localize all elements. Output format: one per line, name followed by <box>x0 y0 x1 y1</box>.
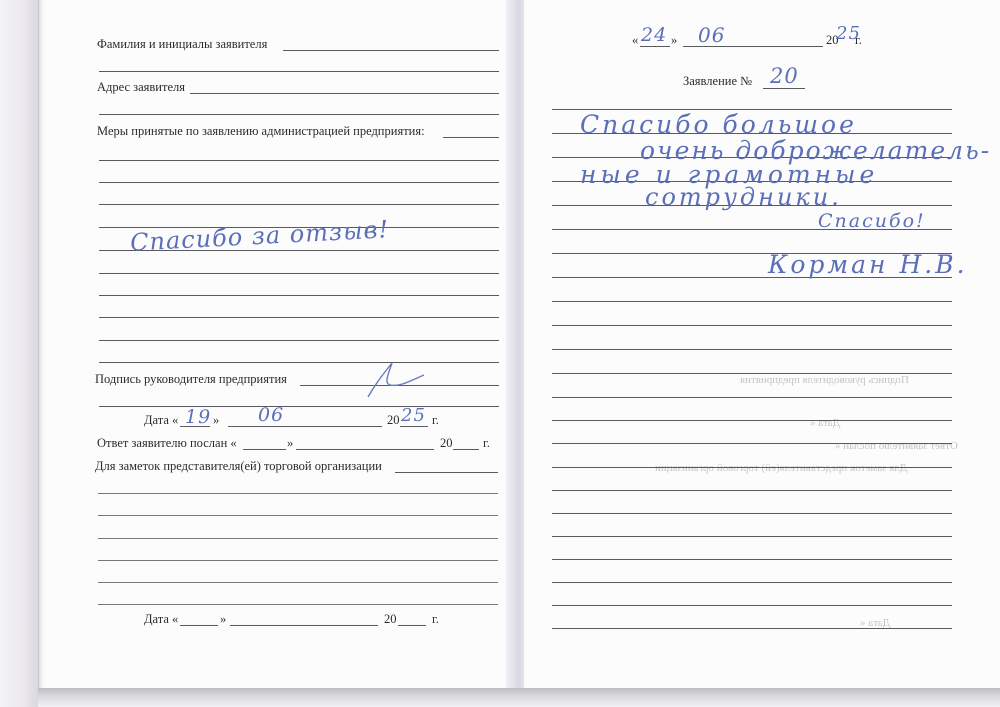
notes-label: Для заметок представителя(ей) торговой о… <box>95 459 382 474</box>
notes-line <box>98 538 498 539</box>
statement-line <box>552 628 952 629</box>
bottom-date-year-prefix: 20 <box>384 612 397 627</box>
statement-date-year-unit: г. <box>855 33 862 48</box>
statement-line <box>552 397 952 398</box>
applicant-name-field <box>283 50 499 51</box>
statement-line <box>552 582 952 583</box>
notes-field-tail <box>395 472 498 473</box>
measures-field-tail <box>443 137 499 138</box>
measures-line <box>99 340 499 341</box>
applicant-name-label: Фамилия и инициалы заявителя <box>97 37 267 52</box>
statement-line <box>552 349 952 350</box>
statement-line <box>552 443 952 444</box>
statement-date-close-quote: » <box>671 33 677 48</box>
reply-year-prefix: 20 <box>440 436 453 451</box>
bottom-date-month-field <box>230 625 378 626</box>
statement-line <box>552 536 952 537</box>
measures-label: Меры принятые по заявлению администрацие… <box>97 124 425 139</box>
manager-signature-label: Подпись руководителя предприятия <box>95 372 287 387</box>
statement-line <box>552 490 952 491</box>
measures-line <box>99 273 499 274</box>
statement-date-open-quote: « <box>632 33 638 48</box>
statement-date-day-handwritten: 24 <box>641 24 667 46</box>
measures-line <box>99 160 499 161</box>
date-year-unit: г. <box>432 413 439 428</box>
date-month-handwritten: 06 <box>258 404 284 426</box>
applicant-address-label: Адрес заявителя <box>97 80 185 95</box>
bottom-date-close-quote: » <box>220 612 226 627</box>
manager-signature-line2 <box>99 406 499 407</box>
measures-line <box>99 317 499 318</box>
bleed-through-text: Для заметок представителя(ей) торговой о… <box>655 462 907 474</box>
bottom-date-day-field <box>180 625 218 626</box>
date-month-field <box>228 426 382 427</box>
bleed-through-text: Ответ заявителю послан « <box>835 440 958 452</box>
statement-date-day-field <box>640 46 670 47</box>
notes-line <box>98 582 498 583</box>
book-bottom-edge <box>38 688 1000 707</box>
statement-line <box>552 467 952 468</box>
notes-line <box>98 515 498 516</box>
reply-sent-label: Ответ заявителю послан « <box>97 436 237 451</box>
measures-line <box>99 295 499 296</box>
measures-line <box>99 204 499 205</box>
date-close-quote: » <box>213 413 219 428</box>
statement-line <box>552 559 952 560</box>
bottom-date-label: Дата « <box>144 612 178 627</box>
statement-date-month-handwritten: 06 <box>698 23 725 47</box>
statement-line <box>552 513 952 514</box>
applicant-name-field-line2 <box>99 71 499 72</box>
statement-line <box>552 373 952 374</box>
statement-line <box>552 325 952 326</box>
statement-handwritten-line: сотрудники. <box>645 183 842 211</box>
date-year-prefix: 20 <box>387 413 400 428</box>
date-year-handwritten: 25 <box>401 405 426 426</box>
statement-line <box>552 301 952 302</box>
statement-number-label: Заявление № <box>683 74 752 89</box>
applicant-address-field <box>190 93 499 94</box>
bleed-through-text: Подпись руководителя предприятия <box>740 374 909 386</box>
statement-handwritten-line: Спасибо! <box>818 210 926 232</box>
bottom-date-year-unit: г. <box>432 612 439 627</box>
statement-number-field <box>763 88 805 89</box>
statement-number-handwritten: 20 <box>770 64 799 88</box>
statement-handwritten-line: Спасибо большое <box>580 110 857 139</box>
reply-year-field <box>453 449 479 450</box>
applicant-signature-handwritten: Корман Н.В. <box>768 250 968 279</box>
reply-year-unit: г. <box>483 436 490 451</box>
left-page <box>38 0 521 690</box>
right-page <box>524 0 1000 690</box>
date-label: Дата « <box>144 413 178 428</box>
statement-line <box>552 605 952 606</box>
date-year-field <box>400 426 428 427</box>
measures-line <box>99 182 499 183</box>
notes-line <box>98 604 498 605</box>
reply-day-field <box>243 449 286 450</box>
measures-line <box>99 362 499 363</box>
reply-month-field <box>296 449 434 450</box>
notes-line <box>98 493 498 494</box>
bleed-through-text: Дата « <box>810 417 840 429</box>
date-day-handwritten: 19 <box>185 406 211 428</box>
applicant-address-field-line2 <box>99 114 499 115</box>
notes-line <box>98 560 498 561</box>
bottom-date-year-field <box>398 625 426 626</box>
statement-line <box>552 420 952 421</box>
reply-close-quote: » <box>287 436 293 451</box>
manager-signature-mark <box>362 355 432 400</box>
book-left-edge <box>0 0 38 707</box>
